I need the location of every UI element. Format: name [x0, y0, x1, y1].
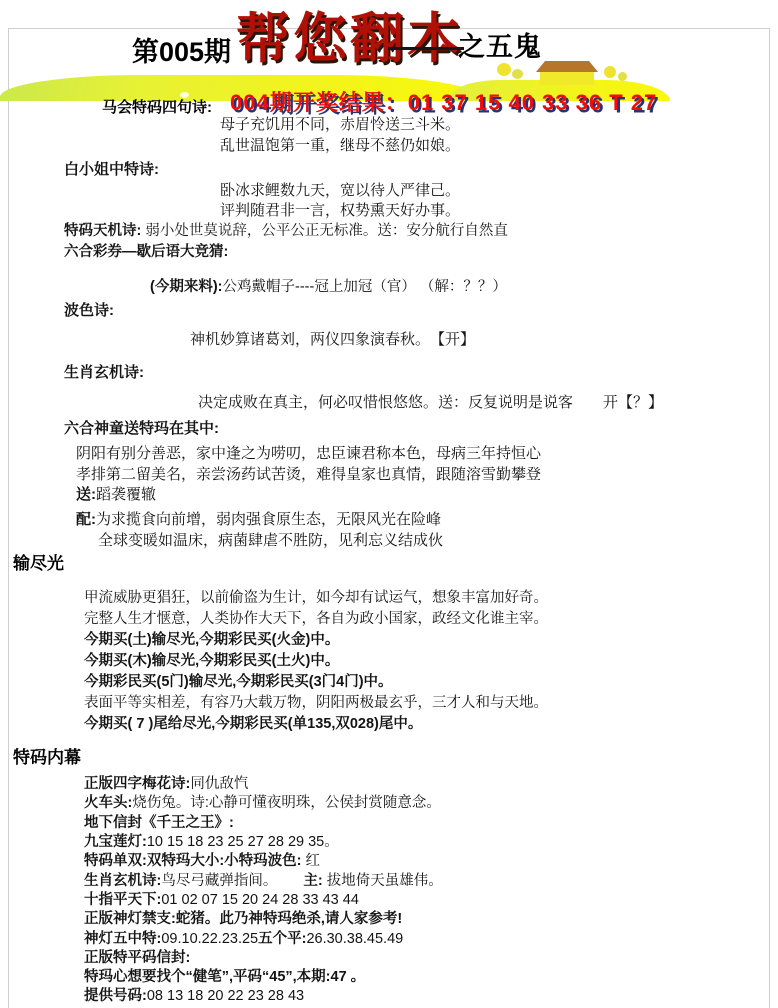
neimu-label: 正版神灯禁支:蛇猪。此乃神特玛绝杀,请人家参考! — [84, 911, 402, 927]
lai-label: (今期来料): — [150, 279, 223, 295]
draw-result-banner: 004期开奖结果：01 37 15 40 33 36 T 27 — [230, 86, 657, 117]
shujinguang-line: 甲流威胁更猖狂，以前偷盗为生计，如今却有试运气，想象丰富加好奇。 — [84, 588, 548, 608]
neimu-text: 同仇敌忾 — [190, 776, 248, 792]
bush-icon — [497, 63, 511, 76]
page-border-left — [8, 28, 9, 1008]
neimu-line: 生肖玄机诗:鸟尽弓藏弹指间。主: 拔地倚天虽雄伟。 — [84, 871, 443, 891]
shujinguang-line: 今期买(木)输尽光,今期彩民买(土火)中。 — [84, 651, 339, 671]
neimu-line: 特玛心想要找个“健笔”,平码“45”,本期:47 。 — [84, 967, 365, 987]
neimu-line: 十指平天下:01 02 07 15 20 24 28 33 43 44 — [84, 890, 359, 910]
bose-text: 神机妙算诸葛刘，两仪四象演春秋。 【开】 — [190, 330, 475, 350]
neimu-line: 正版四字梅花诗:同仇敌忾 — [84, 774, 248, 794]
pei-label: 配: — [76, 511, 96, 528]
neimu-line: 火车头:烧伤兔。诗:心静可懂夜明珠，公侯封赏随意念。 — [84, 793, 441, 813]
poem-line: 母子充饥用不同，赤眉怜送三斗米。 — [220, 115, 460, 135]
shujinguang-line: 今期买( 7 )尾给尽光,今期彩民买(单135,双028)尾中。 — [84, 714, 422, 734]
lai-text: 公鸡戴帽子----冠上加冠（官） （解：？？） — [223, 279, 507, 295]
shujinguang-line: 今期彩民买(5门)输尽光,今期彩民买(3门4门)中。 — [84, 672, 393, 692]
neimu-line: 特码单双:双特玛大小:小特玛波色: 红 — [84, 851, 320, 871]
bush-icon — [512, 69, 523, 79]
house-roof-icon — [536, 61, 598, 72]
neimu-label: 特玛心想要找个“健笔”,平码“45”,本期:47 。 — [84, 969, 365, 985]
neimu-label: 神灯五中特: — [84, 931, 161, 947]
neimu-label: 生肖玄机诗: — [84, 873, 161, 889]
bush-icon — [618, 72, 627, 81]
neimu-label: 十指平天下: — [84, 892, 161, 908]
shentong-line: 阴阳有别分善恶，家中逢之为唠叨，忠臣谏君称本色，母病三年持恒心 — [76, 444, 541, 464]
neimu-label: 主: — [303, 873, 322, 889]
neimu-label: 火车头: — [84, 795, 132, 811]
shengxiao-text: 决定成败在真主，何必叹惜恨悠悠。送：反复说明是说客 开【？】 — [198, 393, 663, 413]
song-text: 蹈袭覆辙 — [96, 486, 156, 503]
heading-neimu: 特码内幕 — [13, 748, 81, 768]
poem-line: 评判随君非一言，权势熏天好办事。 — [220, 201, 460, 221]
neimu-line: 九宝莲灯:10 15 18 23 25 27 28 29 35。 — [84, 832, 339, 852]
shujinguang-line: 今期买(土)输尽光,今期彩民买(火金)中。 — [84, 630, 339, 650]
song-label: 送: — [76, 486, 96, 503]
neimu-text: 拔地倚天虽雄伟。 — [323, 873, 443, 889]
page-title-suffix: 之五鬼 — [458, 25, 542, 64]
title-strike-line — [388, 47, 464, 50]
shentong-line: 孝排第二留美名，亲尝汤药试苦烫，难得皇家也真情，跟随溶雪勤攀登 — [76, 465, 541, 485]
house-icon — [540, 72, 594, 85]
neimu-text: 09.10.22.23.25 — [161, 931, 258, 947]
page-border-right — [769, 28, 770, 1008]
neimu-line: 地下信封《千王之王》: — [84, 813, 234, 833]
heading-shujinguang: 输尽光 — [13, 554, 64, 574]
neimu-label: 特码单双:双特玛大小:小特玛波色: — [84, 853, 302, 869]
shujinguang-line: 完整人生才惬意，人类协作大天下，各自为政小国家，政经文化谁主宰。 — [84, 609, 548, 629]
neimu-text: 红 — [302, 853, 321, 869]
section-label-bose: 波色诗: — [64, 301, 114, 321]
section-label-xiehouyu: 六合彩券—歇后语大竞猜: — [64, 242, 228, 262]
shentong-pei-line: 配:为求揽食向前增，弱肉强食原生态，无限风光在险峰 — [76, 510, 441, 530]
shujinguang-line: 表面平等实相差，有容乃大载万物，阴阳两极最玄乎，三才人和与天地。 — [84, 693, 548, 713]
neimu-label: 正版四字梅花诗: — [84, 776, 190, 792]
section-label-shengxiao: 生肖玄机诗: — [64, 363, 144, 383]
neimu-line: 正版神灯禁支:蛇猪。此乃神特玛绝杀,请人家参考! — [84, 909, 402, 929]
neimu-text: 08 13 18 20 22 23 28 43 — [147, 988, 304, 1004]
section-label-baixiaojie: 白小姐中特诗: — [64, 160, 159, 180]
bush-icon — [604, 66, 616, 78]
section-tianji: 特码天机诗: 弱小处世莫说辞，公平公正无标准。送：安分航行自然直 — [64, 221, 508, 241]
neimu-text: 烧伤兔。诗:心静可懂夜明珠，公侯封赏随意念。 — [132, 795, 441, 811]
poem-line: 卧冰求鲤数九天，宽以待人严律己。 — [220, 181, 460, 201]
section-label-tianji: 特码天机诗: — [64, 223, 141, 239]
poem-line: 乱世温饱第一重，继母不慈仍如娘。 — [220, 136, 460, 156]
xiehouyu-line: (今期来料):公鸡戴帽子----冠上加冠（官） （解：？？） — [150, 277, 507, 297]
shentong-song-line: 送:蹈袭覆辙 — [76, 485, 156, 505]
neimu-text: 01 02 07 15 20 24 28 33 43 44 — [161, 892, 359, 908]
neimu-text: 10 15 18 23 25 27 28 29 35。 — [147, 834, 339, 850]
neimu-label: 提供号码: — [84, 988, 147, 1004]
neimu-label: 地下信封《千王之王》: — [84, 815, 234, 831]
neimu-line: 提供号码:08 13 18 20 22 23 28 43 — [84, 986, 304, 1006]
neimu-line: 神灯五中特:09.10.22.23.25五个平:26.30.38.45.49 — [84, 929, 403, 949]
neimu-label: 九宝莲灯: — [84, 834, 147, 850]
section-label-shentong: 六合神童送特玛在其中: — [64, 419, 219, 439]
neimu-line: 正版特平码信封: — [84, 948, 190, 968]
issue-number: 第005期 — [132, 30, 231, 69]
tianji-text: 弱小处世莫说辞，公平公正无标准。送：安分航行自然直 — [141, 223, 508, 239]
section-label-sihui: 马会特码四句诗: — [102, 96, 212, 117]
shentong-pei-line: 全球变暖如温床，病菌肆虐不胜防，见利忘义结成伙 — [98, 531, 443, 551]
neimu-label: 五个平: — [258, 931, 306, 947]
neimu-text: 鸟尽弓藏弹指间。 — [161, 873, 277, 889]
neimu-text: 26.30.38.45.49 — [306, 931, 403, 947]
neimu-label: 正版特平码信封: — [84, 950, 190, 966]
pei-text: 为求揽食向前增，弱肉强食原生态，无限风光在险峰 — [96, 511, 441, 528]
page-title: 帮您翻本 — [236, 0, 464, 73]
